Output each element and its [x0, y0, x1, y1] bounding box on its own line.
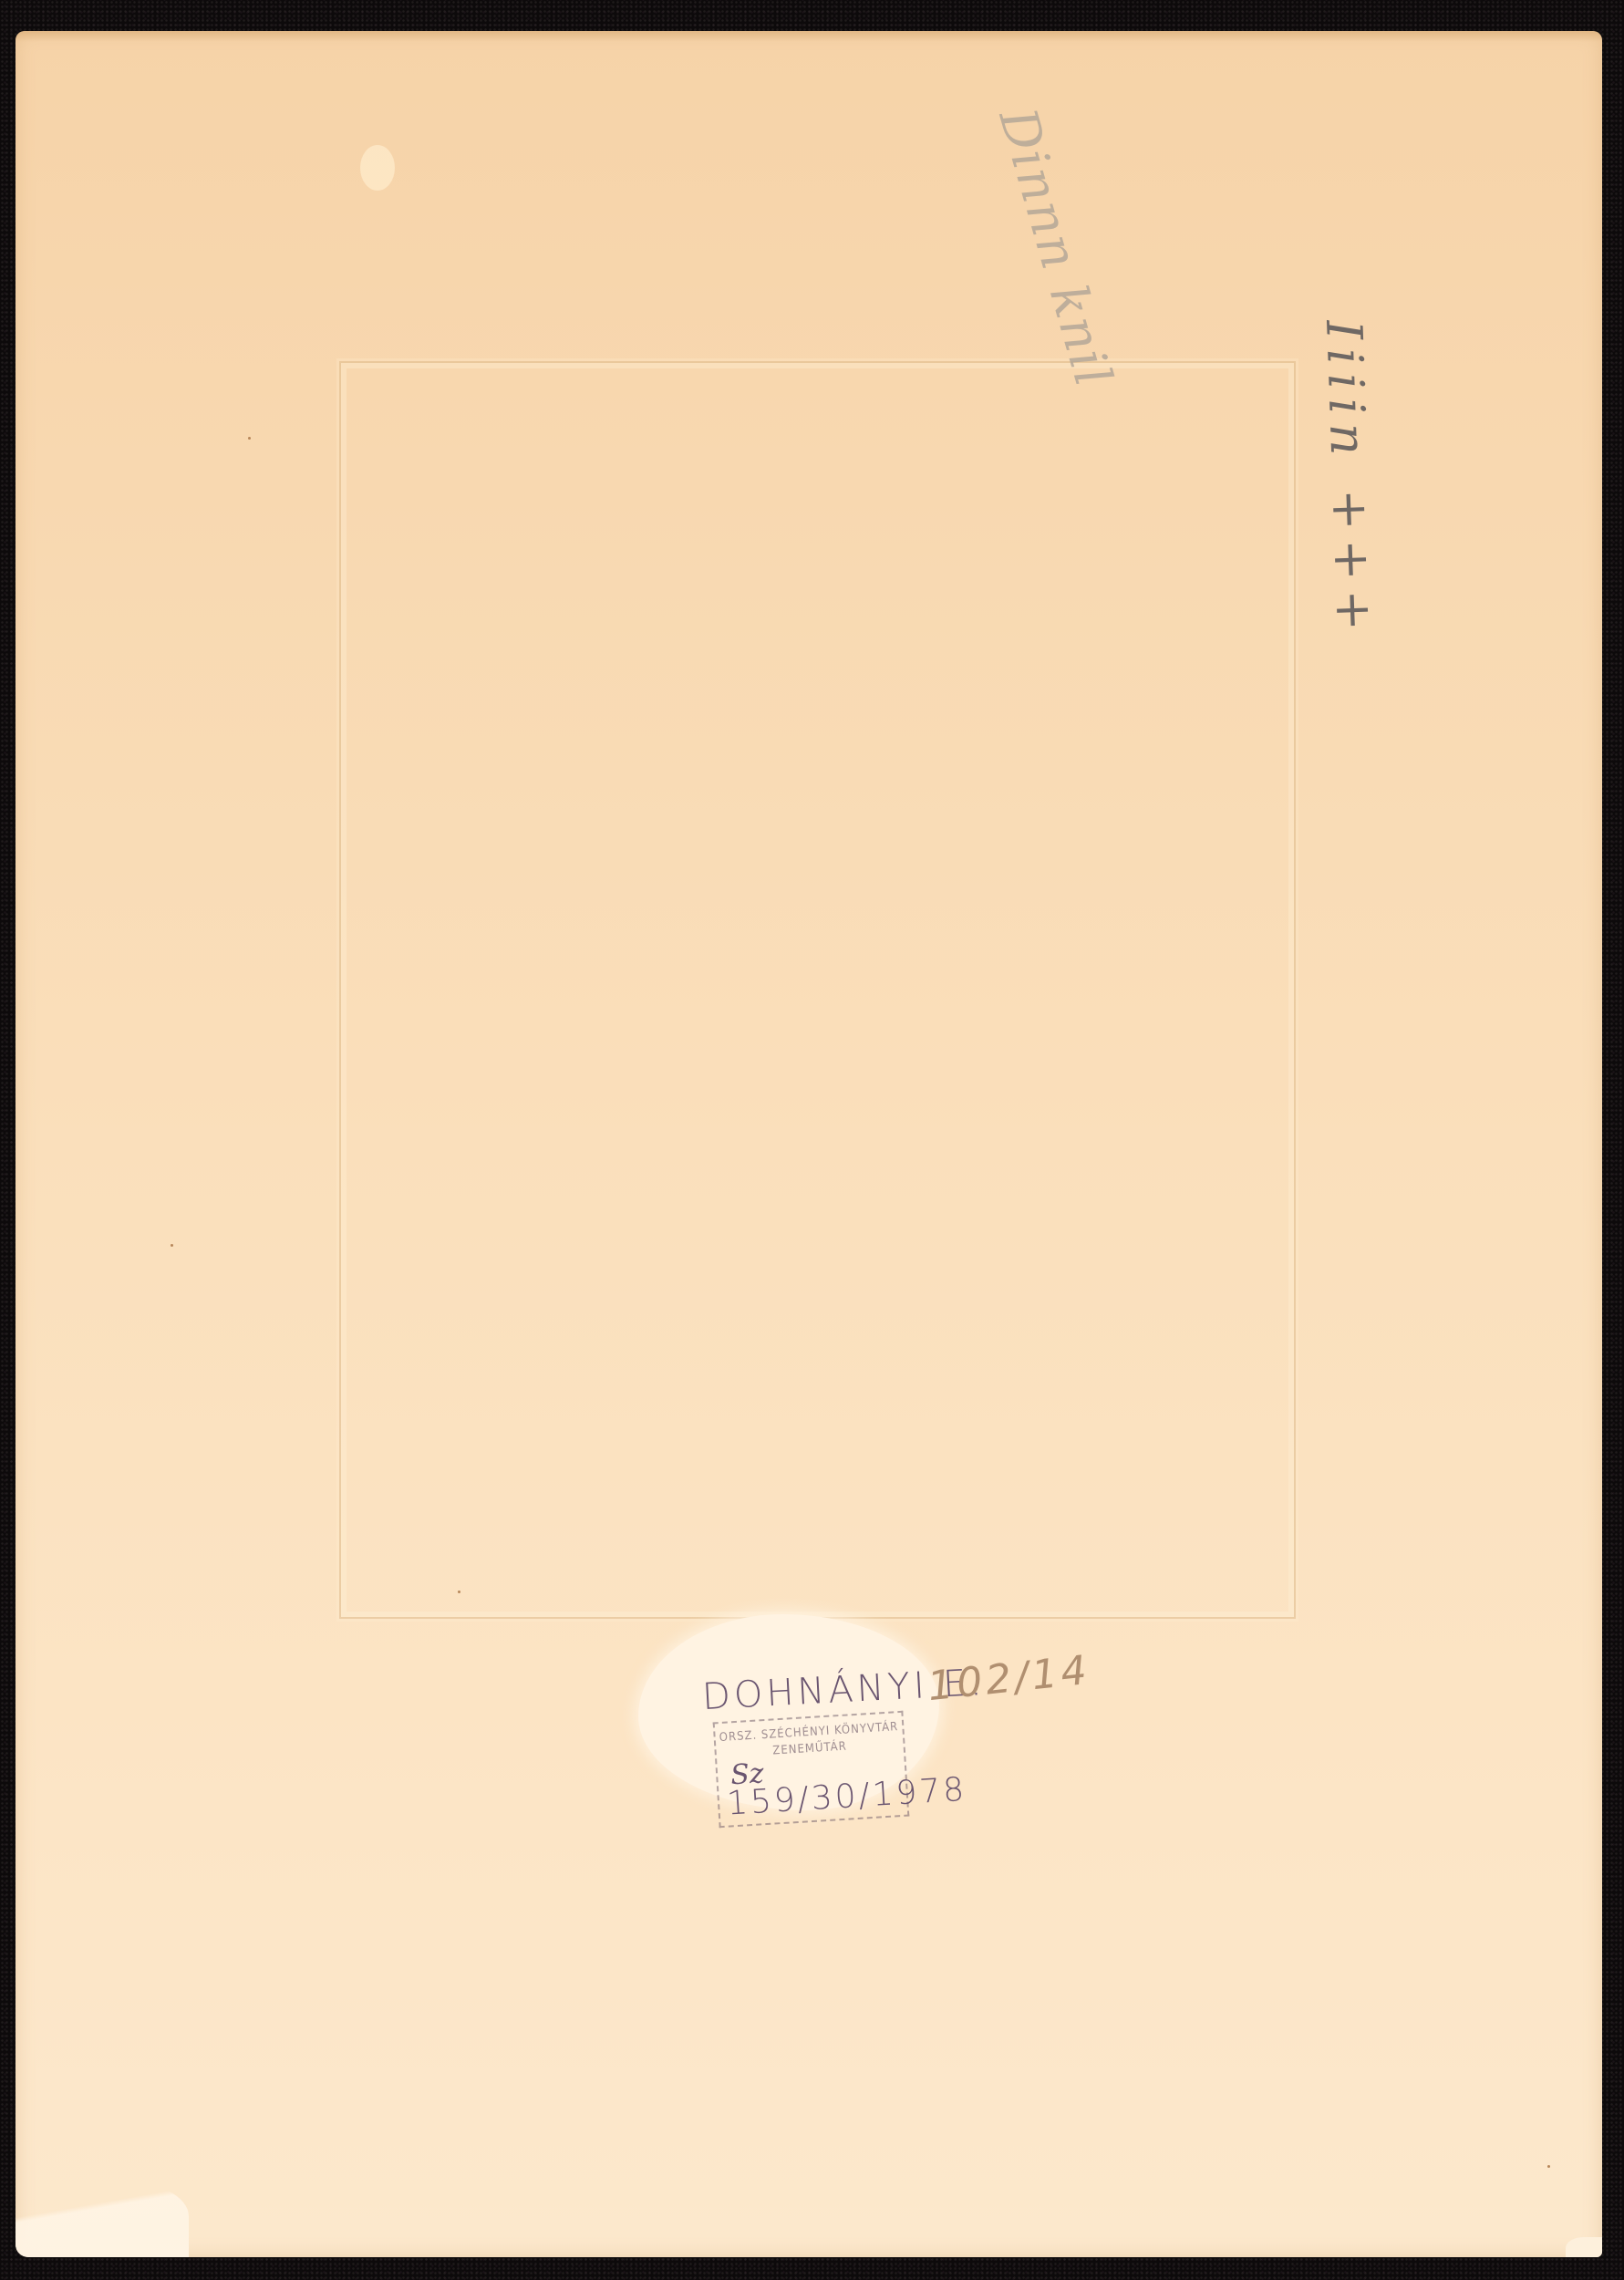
foxing-spot: [248, 437, 251, 440]
pencil-note: Iiiin +++: [1315, 319, 1383, 641]
library-stamp: ORSZ. SZÉCHÉNYI KÖNYVTÁR ZENEMŰTÁR Sz 15…: [713, 1711, 910, 1829]
corner-tear-bottom-left: [16, 2180, 189, 2257]
foxing-spot: [458, 1591, 460, 1593]
plate-mark: [339, 361, 1296, 1619]
corner-tear-bottom-right: [1566, 2237, 1602, 2257]
paper-spot: [360, 145, 395, 191]
foxing-spot: [1547, 2165, 1550, 2168]
foxing-spot: [171, 1244, 173, 1247]
